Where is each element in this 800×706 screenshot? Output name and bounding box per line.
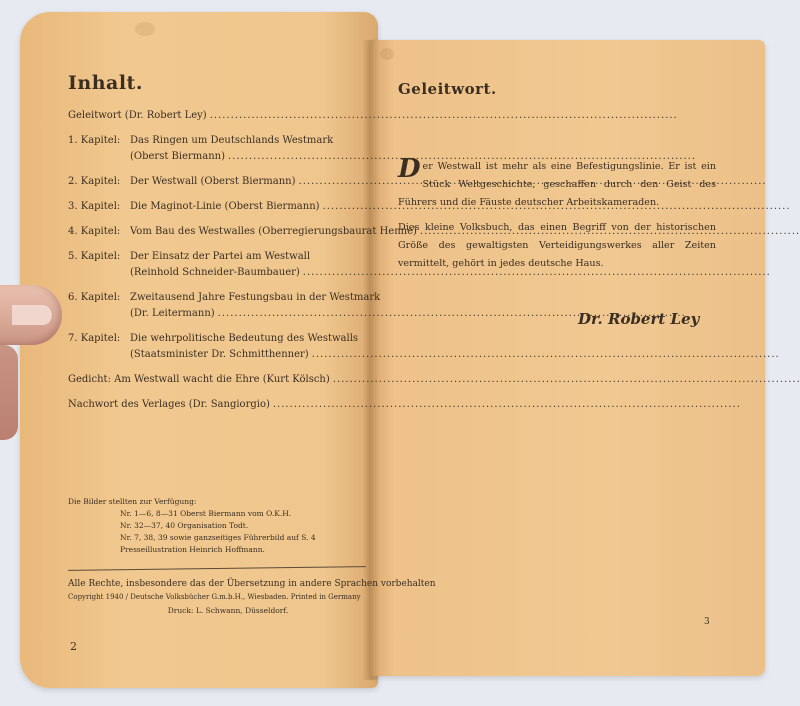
credits-heading: Die Bilder stellten zur Verfügung: bbox=[68, 496, 316, 508]
toc-entry: 5. Kapitel:Der Einsatz der Partei am Wes… bbox=[68, 249, 368, 281]
credit-line: Presseillustration Heinrich Hoffmann. bbox=[120, 544, 316, 556]
copyright-notice: Copyright 1940 / Deutsche Volksbücher G.… bbox=[68, 591, 368, 604]
foreword-title: Geleitwort. bbox=[398, 80, 497, 98]
paper-stain bbox=[135, 22, 155, 36]
drop-cap: D bbox=[398, 158, 421, 180]
imprint: Alle Rechte, insbesondere das der Überse… bbox=[68, 578, 368, 617]
finger bbox=[0, 345, 18, 440]
toc-chapter-label: 1. Kapitel: bbox=[68, 133, 130, 165]
thumbnail-nail bbox=[12, 305, 53, 325]
foreword-body: Der Westwall ist mehr als eine Befestigu… bbox=[398, 158, 716, 273]
foreword-paragraph-1: Der Westwall ist mehr als eine Befestigu… bbox=[398, 158, 716, 212]
toc-chapter-label: 6. Kapitel: bbox=[68, 290, 130, 322]
leader-dots bbox=[333, 372, 800, 388]
leader-dots bbox=[312, 347, 780, 363]
foreword-paragraph-2: Dies kleine Volksbuch, das einen Begriff… bbox=[398, 219, 716, 273]
toc-entry-text: Das Ringen um Deutschlands Westmark bbox=[130, 133, 696, 149]
image-credits: Die Bilder stellten zur Verfügung: Nr. 1… bbox=[68, 496, 316, 556]
toc-entry-text: Die wehrpolitische Bedeutung des Westwal… bbox=[130, 331, 780, 347]
leader-dots bbox=[273, 397, 741, 413]
toc-entry-text: Geleitwort (Dr. Robert Ley) bbox=[68, 108, 678, 124]
toc-chapter-label: 2. Kapitel: bbox=[68, 174, 130, 190]
toc-entry: 2. Kapitel:Der Westwall (Oberst Biermann… bbox=[68, 174, 368, 190]
signature: Dr. Robert Ley bbox=[578, 310, 699, 328]
paper-stain bbox=[380, 48, 394, 60]
toc-chapter-label: 4. Kapitel: bbox=[68, 224, 130, 240]
toc-entry: 1. Kapitel:Das Ringen um Deutschlands We… bbox=[68, 133, 368, 165]
toc-entry: Geleitwort (Dr. Robert Ley) bbox=[68, 108, 368, 124]
toc-entry: 3. Kapitel:Die Maginot-Linie (Oberst Bie… bbox=[68, 199, 368, 215]
credit-line: Nr. 1—6, 8—31 Oberst Biermann vom O.K.H. bbox=[120, 508, 316, 520]
rights-notice: Alle Rechte, insbesondere das der Überse… bbox=[68, 578, 368, 591]
page-number-left: 2 bbox=[70, 640, 77, 653]
toc-chapter-label: 5. Kapitel: bbox=[68, 249, 130, 281]
leader-dots bbox=[210, 108, 678, 124]
credit-line: Nr. 32—37, 40 Organisation Todt. bbox=[120, 520, 316, 532]
toc-title: Inhalt. bbox=[68, 72, 143, 94]
table-of-contents: Geleitwort (Dr. Robert Ley)1. Kapitel:Da… bbox=[68, 108, 368, 422]
toc-entry-text: Nachwort des Verlages (Dr. Sangiorgio) bbox=[68, 397, 741, 413]
page-number-right: 3 bbox=[704, 617, 710, 627]
toc-entry: 4. Kapitel:Vom Bau des Westwalles (Oberr… bbox=[68, 224, 368, 240]
toc-entry-text: Zweitausend Jahre Festungsbau in der Wes… bbox=[130, 290, 686, 306]
toc-entry: 6. Kapitel:Zweitausend Jahre Festungsbau… bbox=[68, 290, 368, 322]
toc-entry: 7. Kapitel:Die wehrpolitische Bedeutung … bbox=[68, 331, 368, 363]
toc-chapter-label: 3. Kapitel: bbox=[68, 199, 130, 215]
toc-entry-text: Gedicht: Am Westwall wacht die Ehre (Kur… bbox=[68, 372, 800, 388]
toc-chapter-label: 7. Kapitel: bbox=[68, 331, 130, 363]
printer-notice: Druck: L. Schwann, Düsseldorf. bbox=[68, 604, 368, 617]
toc-entry: Nachwort des Verlages (Dr. Sangiorgio) bbox=[68, 397, 368, 413]
credit-line: Nr. 7, 38, 39 sowie ganzseitiges Führerb… bbox=[120, 532, 316, 544]
toc-entry: Gedicht: Am Westwall wacht die Ehre (Kur… bbox=[68, 372, 368, 388]
toc-entry-text: (Staatsminister Dr. Schmitthenner) bbox=[130, 347, 780, 363]
